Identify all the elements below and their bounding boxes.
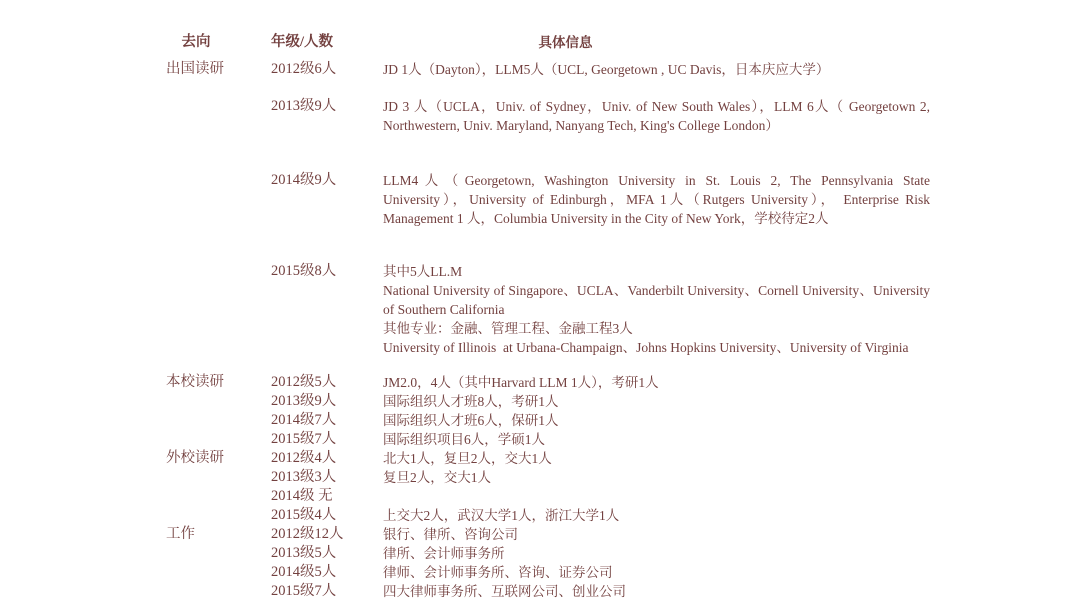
table-row: 2015级4人 上交大2人，武汉大学1人，浙江大学1人 (166, 506, 1080, 525)
detail-cell: 其中5人LL.M National University of Singapor… (383, 262, 930, 373)
destinations-table: 去向 年级/人数 具体信息 出国读研 2012级6人 JD 1人（Dayton）… (0, 0, 1080, 601)
header-destination: 去向 (166, 33, 226, 52)
destination-cell (166, 563, 271, 582)
detail-cell: JD 1人（Dayton），LLM5人（UCL, Georgetown , UC… (383, 60, 930, 97)
detail-cell: JM2.0，4人（其中Harvard LLM 1人），考研1人 (383, 373, 930, 392)
grade-cell: 2015级8人 (271, 262, 383, 373)
header-grade: 年级/人数 (271, 33, 383, 60)
header-detail-cell: 具体信息 (383, 33, 930, 60)
detail-cell: LLM4人（Georgetown, Washington University … (383, 171, 930, 262)
table-row: 2014级5人 律师、会计师事务所、咨询、证券公司 (166, 563, 1080, 582)
detail-cell: JD 3 人（UCLA，Univ. of Sydney，Univ. of New… (383, 97, 930, 171)
grade-cell: 2012级12人 (271, 525, 383, 544)
destination-cell (166, 171, 271, 262)
grade-cell: 2014级9人 (271, 171, 383, 262)
destination-cell: 工作 (166, 525, 271, 544)
detail-cell: 国际组织项目6人，学硕1人 (383, 430, 930, 449)
table-row: 2013级3人 复旦2人，交大1人 (166, 468, 1080, 487)
grade-cell: 2015级4人 (271, 506, 383, 525)
grade-cell: 2014级5人 (271, 563, 383, 582)
table-row: 本校读研 2012级5人 JM2.0，4人（其中Harvard LLM 1人），… (166, 373, 1080, 392)
destination-cell: 本校读研 (166, 373, 271, 392)
destination-cell (166, 262, 271, 373)
table-row: 2013级9人 JD 3 人（UCLA，Univ. of Sydney，Univ… (166, 97, 1080, 171)
table-header-row: 去向 年级/人数 具体信息 (166, 33, 1080, 60)
detail-cell: 律师、会计师事务所、咨询、证券公司 (383, 563, 930, 582)
destination-cell (166, 430, 271, 449)
table-row: 出国读研 2012级6人 JD 1人（Dayton），LLM5人（UCL, Ge… (166, 60, 1080, 97)
document-page: 去向 年级/人数 具体信息 出国读研 2012级6人 JD 1人（Dayton）… (0, 0, 1080, 608)
destination-cell (166, 487, 271, 506)
detail-cell: 律所、会计师事务所 (383, 544, 930, 563)
detail-cell: 复旦2人，交大1人 (383, 468, 930, 487)
destination-cell: 出国读研 (166, 60, 271, 97)
table-row: 2013级9人 国际组织人才班8人，考研1人 (166, 392, 1080, 411)
grade-cell: 2015级7人 (271, 430, 383, 449)
table-row: 2014级7人 国际组织人才班6人，保研1人 (166, 411, 1080, 430)
grade-cell: 2014级7人 (271, 411, 383, 430)
detail-cell (383, 487, 930, 506)
destination-cell (166, 582, 271, 601)
header-detail: 具体信息 (383, 33, 748, 52)
grade-cell: 2013级3人 (271, 468, 383, 487)
detail-cell: 银行、律所、咨询公司 (383, 525, 930, 544)
grade-cell: 2012级5人 (271, 373, 383, 392)
table-row: 工作 2012级12人 银行、律所、咨询公司 (166, 525, 1080, 544)
destination-cell (166, 506, 271, 525)
table-row: 2015级7人 国际组织项目6人，学硕1人 (166, 430, 1080, 449)
detail-cell: 北大1人，复旦2人，交大1人 (383, 449, 930, 468)
table-row: 2015级7人 四大律师事务所、互联网公司、创业公司 (166, 582, 1080, 601)
detail-cell: 上交大2人，武汉大学1人，浙江大学1人 (383, 506, 930, 525)
header-destination-cell: 去向 (166, 33, 271, 60)
table-row: 2014级9人 LLM4人（Georgetown, Washington Uni… (166, 171, 1080, 262)
destination-cell (166, 392, 271, 411)
grade-cell: 2013级9人 (271, 392, 383, 411)
destination-cell: 外校读研 (166, 449, 271, 468)
destination-cell (166, 97, 271, 171)
grade-cell: 2012级6人 (271, 60, 383, 97)
destination-cell (166, 411, 271, 430)
detail-cell: 国际组织人才班8人，考研1人 (383, 392, 930, 411)
grade-cell: 2015级7人 (271, 582, 383, 601)
grade-cell: 2013级5人 (271, 544, 383, 563)
table-row: 外校读研 2012级4人 北大1人，复旦2人，交大1人 (166, 449, 1080, 468)
table-row: 2013级5人 律所、会计师事务所 (166, 544, 1080, 563)
destination-cell (166, 544, 271, 563)
detail-cell: 四大律师事务所、互联网公司、创业公司 (383, 582, 930, 601)
grade-cell: 2012级4人 (271, 449, 383, 468)
grade-cell: 2014级 无 (271, 487, 383, 506)
table-row: 2015级8人 其中5人LL.M National University of … (166, 262, 1080, 373)
destination-cell (166, 468, 271, 487)
grade-cell: 2013级9人 (271, 97, 383, 171)
detail-cell: 国际组织人才班6人，保研1人 (383, 411, 930, 430)
table-row: 2014级 无 (166, 487, 1080, 506)
